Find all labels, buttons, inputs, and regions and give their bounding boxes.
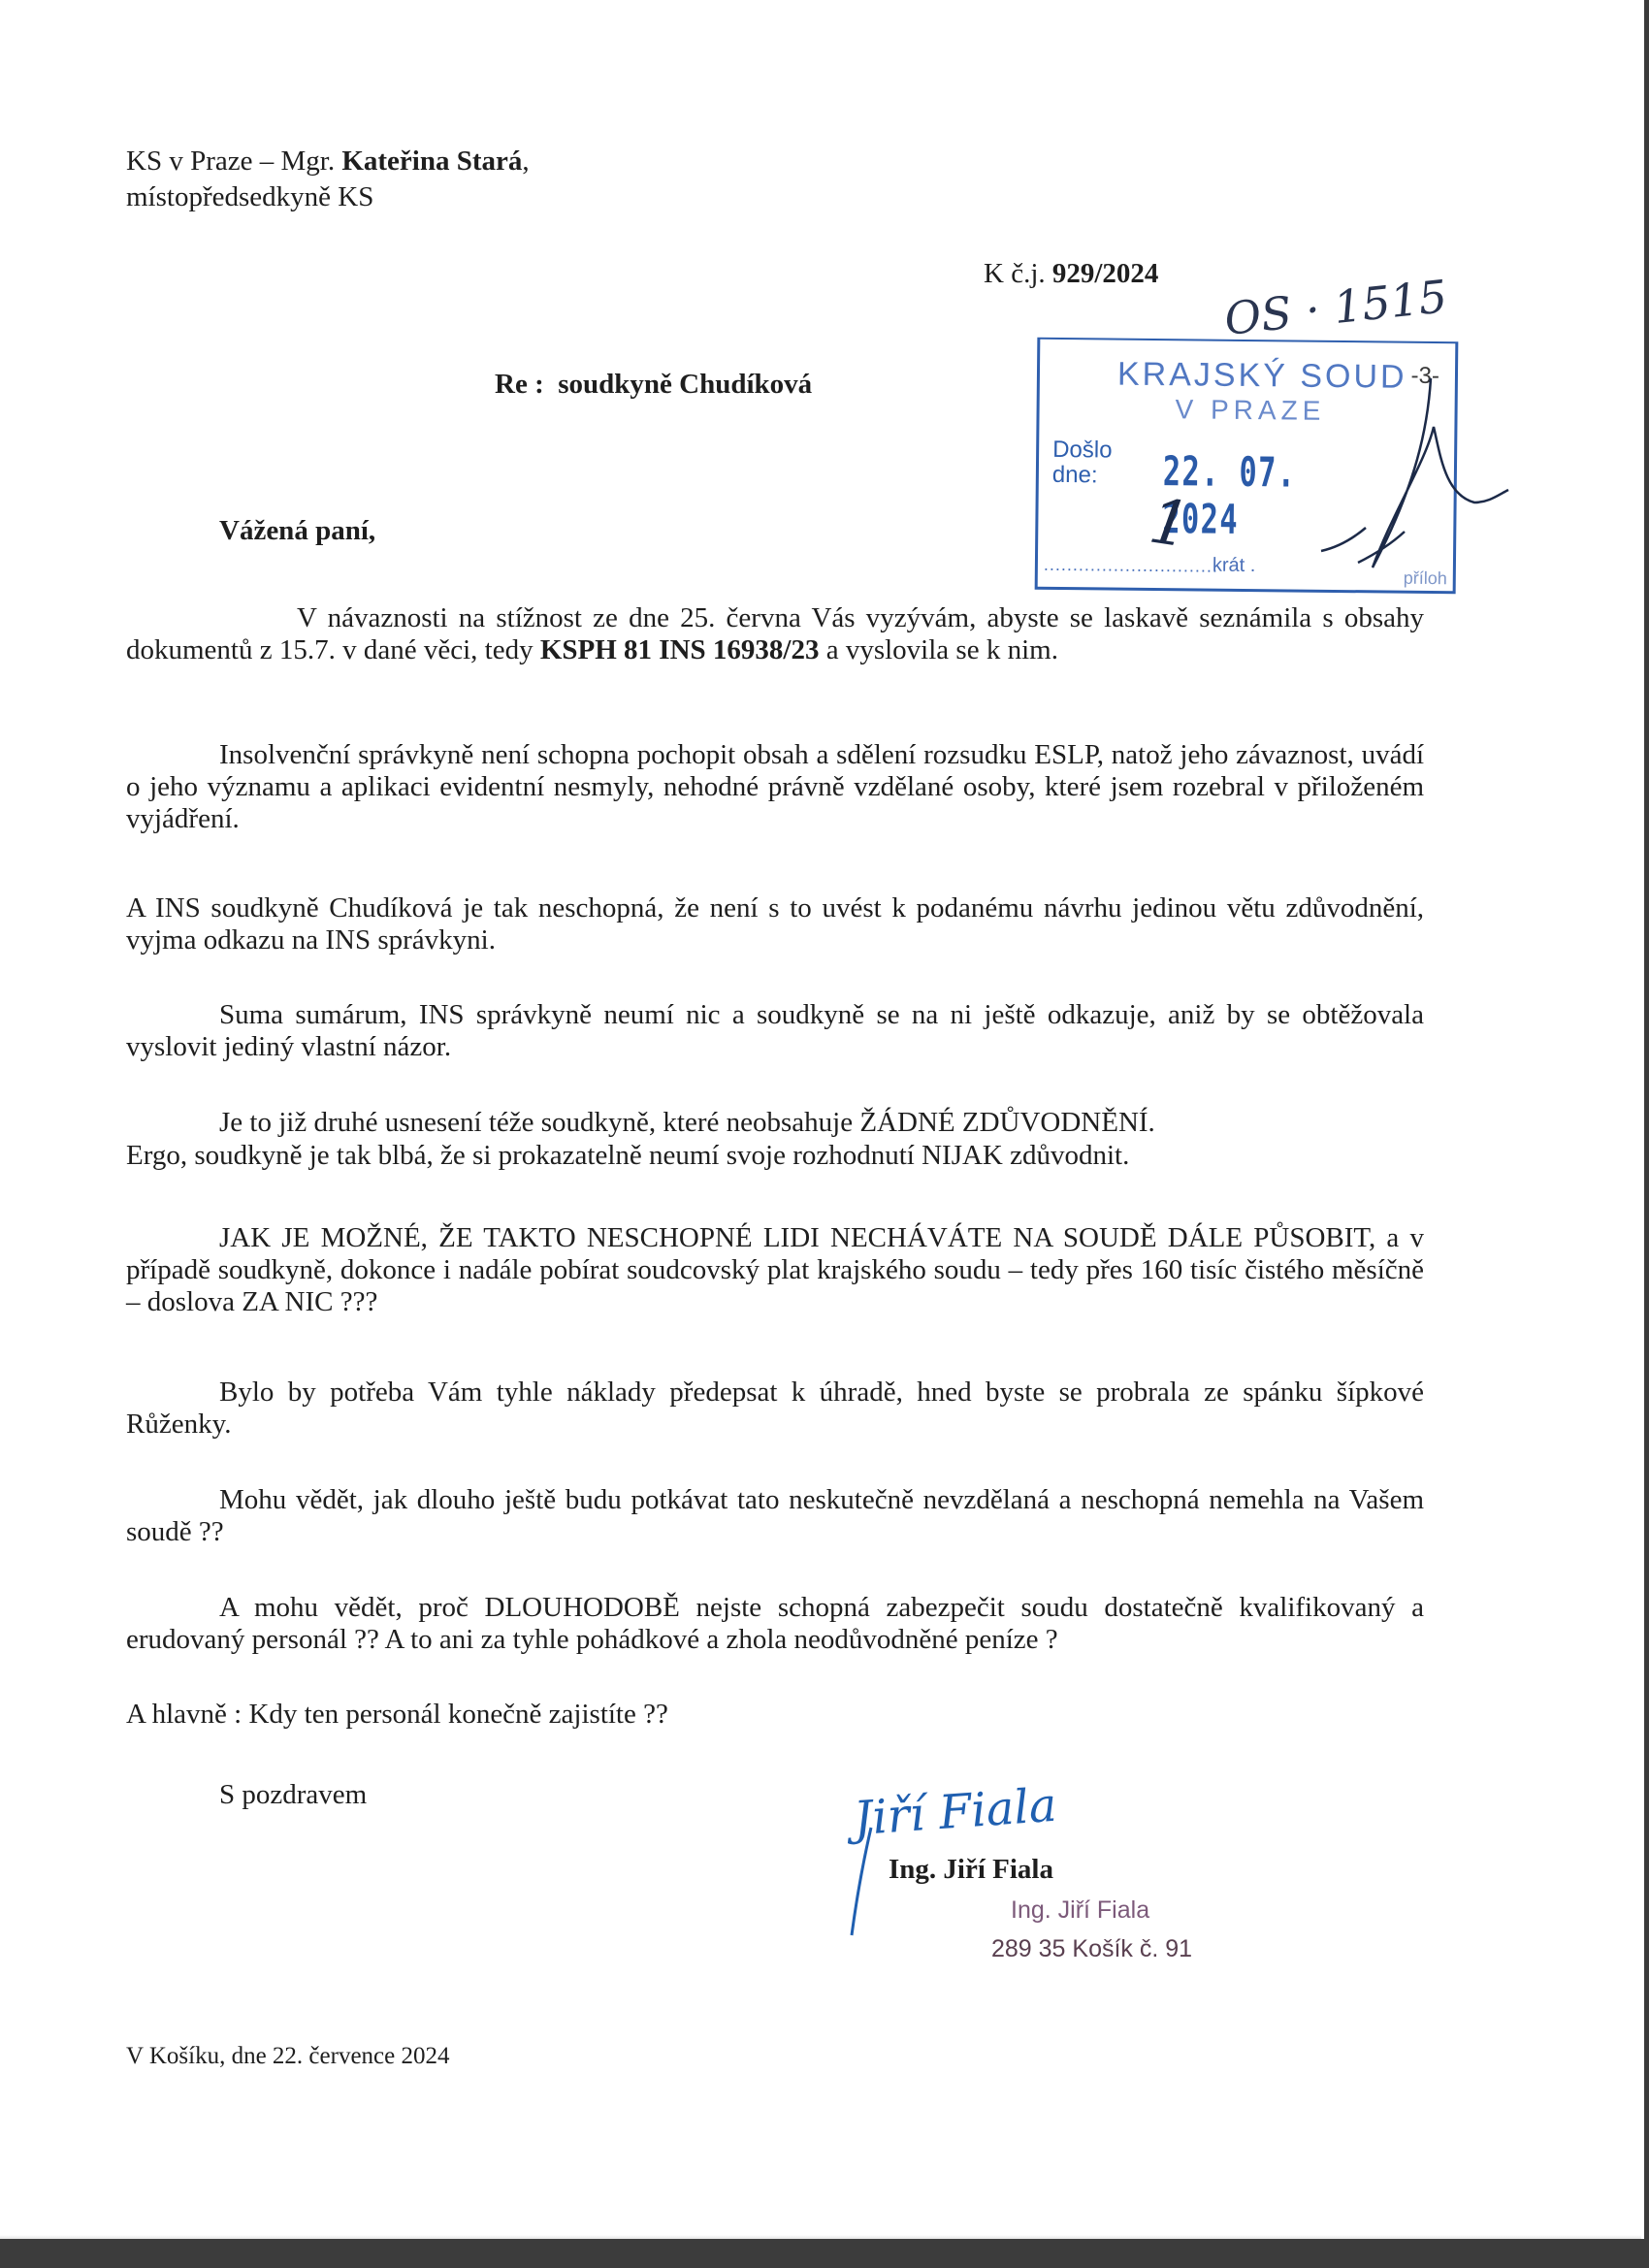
place-and-date: V Košíku, dne 22. července 2024 <box>126 2040 449 2072</box>
stamp-handwritten-copies: 1 <box>1145 486 1194 563</box>
reference-number: K č.j. 929/2024 <box>984 258 1158 290</box>
signature-typed-name: Ing. Jiří Fiala <box>889 1854 1053 1886</box>
case-number: KSPH 81 INS 16938/23 <box>540 634 820 665</box>
scan-edge-right <box>1644 0 1649 2268</box>
paragraph-5-line-2: Ergo, soudkyně je tak blbá, že si prokaz… <box>126 1140 1129 1172</box>
paragraph-8: Mohu vědět, jak dlouho ještě budu potkáv… <box>126 1484 1424 1548</box>
salutation: Vážená paní, <box>219 515 375 547</box>
subject-line: Re : soudkyně Chudíková <box>495 369 812 401</box>
handwritten-registry-number: OS · 1515 <box>1222 270 1450 345</box>
stamp-day-label: dne: <box>1052 462 1098 489</box>
recipient-line-1: KS v Praze – Mgr. Kateřina Stará, <box>126 146 530 178</box>
handwritten-check-mark <box>1319 524 1377 553</box>
recipient-line-2: místopředsedkyně KS <box>126 181 373 213</box>
handwritten-signature: Jiří Fiala <box>852 1778 1058 1846</box>
paragraph-1-text-end: a vyslovila se k nim. <box>819 634 1057 665</box>
paragraph-7: Bylo by potřeba Vám tyhle náklady předep… <box>126 1377 1424 1441</box>
stamp-city: V PRAZE <box>1175 394 1325 427</box>
paragraph-5-line-1: Je to již druhé usnesení téže soudkyně, … <box>219 1107 1155 1139</box>
recipient-court: KS v Praze – Mgr. <box>126 146 335 177</box>
paragraph-3: A INS soudkyně Chudíková je tak neschopn… <box>126 892 1424 956</box>
subject-prefix: Re : <box>495 369 544 400</box>
stamp-copies-dots: .............................. <box>1044 555 1218 577</box>
stamp-received-label: Došlo <box>1052 437 1113 465</box>
paragraph-4: Suma sumárum, INS správkyně neumí nic a … <box>126 999 1424 1063</box>
reference-prefix: K č.j. <box>984 258 1046 289</box>
signature-stamp-address: 289 35 Košík č. 91 <box>991 1935 1192 1963</box>
paragraph-1: V návaznosti na stížnost ze dne 25. červ… <box>126 602 1424 666</box>
scan-edge-bottom <box>0 2239 1649 2268</box>
reference-value: 929/2024 <box>1052 258 1159 289</box>
stamp-copies-label: krát . <box>1212 555 1256 577</box>
signature-stroke <box>844 1824 883 1940</box>
recipient-name: Kateřina Stará <box>341 146 522 177</box>
paragraph-9: A mohu vědět, proč DLOUHODOBĚ nejste sch… <box>126 1592 1424 1656</box>
recipient-comma: , <box>522 146 529 177</box>
paragraph-2: Insolvenční správkyně není schopna pocho… <box>126 739 1424 835</box>
closing: S pozdravem <box>219 1779 367 1811</box>
paragraph-10: A hlavně : Kdy ten personál konečně zaji… <box>126 1699 668 1731</box>
signature-stamp-name: Ing. Jiří Fiala <box>1011 1896 1149 1925</box>
paragraph-6: JAK JE MOŽNÉ, ŽE TAKTO NESCHOPNÉ LIDI NE… <box>126 1222 1424 1318</box>
subject-text: soudkyně Chudíková <box>558 369 812 400</box>
